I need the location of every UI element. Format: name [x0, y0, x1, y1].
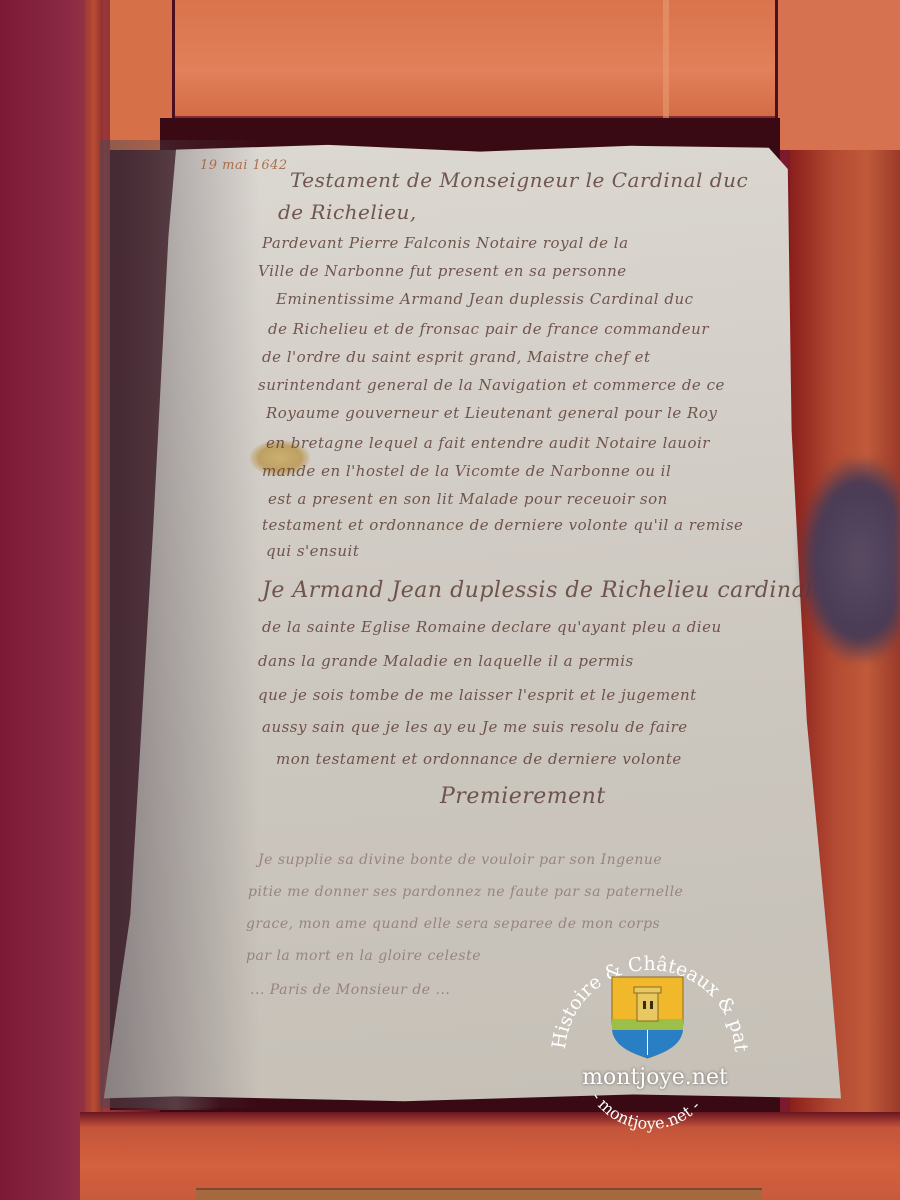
photo-scene: 19 mai 1642 Testament de Monseigneur le …	[0, 0, 900, 1200]
manuscript-line: mande en l'hostel de la Vicomte de Narbo…	[262, 462, 671, 480]
manuscript-reference: 19 mai 1642	[200, 158, 288, 173]
manuscript-line: mon testament et ordonnance de derniere …	[276, 750, 682, 768]
manuscript-line: Je Armand Jean duplessis de Richelieu ca…	[262, 578, 813, 603]
manuscript-line: grace, mon ame quand elle sera separee d…	[246, 916, 660, 932]
manuscript-heading: Premierement	[440, 784, 606, 809]
archive-box-top-right-flap	[775, 0, 900, 150]
archive-box-label-strip	[196, 1188, 762, 1200]
manuscript-title-line-1: Testament de Monseigneur le Cardinal duc	[290, 168, 748, 192]
manuscript-line: Eminentissime Armand Jean duplessis Card…	[276, 290, 694, 308]
manuscript-line: ... Paris de Monsieur de ...	[250, 982, 450, 998]
manuscript-line: de l'ordre du saint esprit grand, Maistr…	[262, 348, 650, 366]
manuscript-line: Royaume gouverneur et Lieutenant general…	[266, 404, 717, 422]
manuscript-line: surintendant general de la Navigation et…	[258, 376, 725, 394]
manuscript-title-line-2: de Richelieu,	[278, 200, 417, 224]
svg-text:- montjoye.net -: - montjoye.net -	[588, 1088, 704, 1133]
manuscript-line: que je sois tombe de me laisser l'esprit…	[258, 686, 697, 704]
archive-box-lid	[172, 0, 778, 121]
manuscript-line: testament et ordonnance de derniere volo…	[262, 516, 743, 534]
lid-seam	[663, 0, 669, 118]
manuscript-line: de Richelieu et de fronsac pair de franc…	[268, 320, 709, 338]
watermark-ring-bottom-text: - montjoye.net -	[588, 1088, 704, 1133]
manuscript-line: Ville de Narbonne fut present en sa pers…	[258, 262, 627, 280]
manuscript-line: en bretagne lequel a fait entendre audit…	[266, 434, 710, 452]
manuscript-line: par la mort en la gloire celeste	[246, 948, 481, 964]
manuscript-line: est a present en son lit Malade pour rec…	[268, 490, 668, 508]
coat-of-arms-icon	[610, 975, 685, 1060]
watermark-site: montjoye.net	[570, 1065, 740, 1090]
archive-box-bottom-panel	[80, 1112, 900, 1200]
manuscript-line: Je supplie sa divine bonte de vouloir pa…	[258, 852, 662, 868]
blurred-hand	[800, 460, 900, 660]
manuscript-line: qui s'ensuit	[266, 542, 359, 560]
manuscript-line: dans la grande Maladie en laquelle il a …	[258, 652, 634, 670]
manuscript-line: de la sainte Eglise Romaine declare qu'a…	[262, 618, 722, 636]
manuscript-line: aussy sain que je les ay eu Je me suis r…	[262, 718, 688, 736]
manuscript-line: Pardevant Pierre Falconis Notaire royal …	[262, 234, 629, 252]
manuscript-shade	[100, 140, 260, 1108]
manuscript-line: pitie me donner ses pardonnez ne faute p…	[248, 884, 683, 900]
